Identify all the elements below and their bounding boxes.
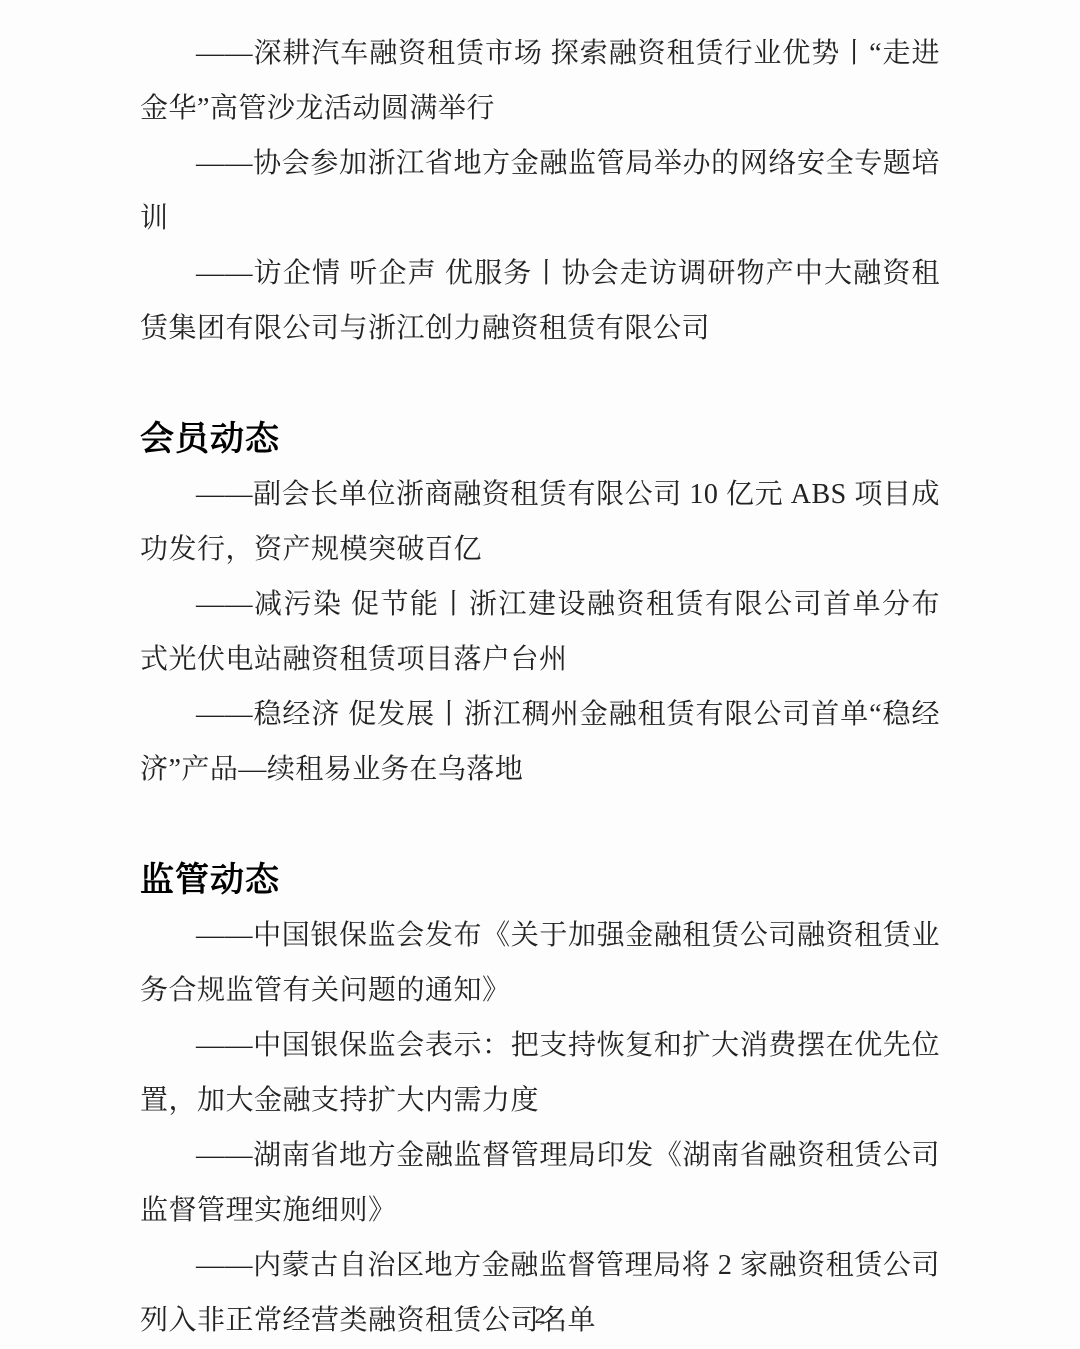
- toc-item: ——减污染 促节能丨浙江建设融资租赁有限公司首单分布式光伏电站融资租赁项目落户台…: [140, 577, 940, 687]
- toc-item: ——内蒙古自治区地方金融监督管理局将 2 家融资租赁公司列入非正常经营类融资租赁…: [140, 1238, 940, 1348]
- toc-item: ——中国银保监会表示：把支持恢复和扩大消费摆在优先位置，加大金融支持扩大内需力度: [140, 1018, 940, 1128]
- section-heading-member-news: 会员动态: [140, 412, 940, 467]
- toc-item: ——中国银保监会发布《关于加强金融租赁公司融资租赁业务合规监管有关问题的通知》: [140, 908, 940, 1018]
- section-member-news: 会员动态 ——副会长单位浙商融资租赁有限公司 10 亿元 ABS 项目成功发行，…: [140, 412, 940, 797]
- toc-item: ——湖南省地方金融监督管理局印发《湖南省融资租赁公司监督管理实施细则》: [140, 1128, 940, 1238]
- toc-item: ——稳经济 促发展丨浙江稠州金融租赁有限公司首单“稳经济”产品—续租易业务在乌落…: [140, 687, 940, 797]
- section-association-news: ——深耕汽车融资租赁市场 探索融资租赁行业优势丨“走进金华”高管沙龙活动圆满举行…: [140, 26, 940, 356]
- section-regulatory-news: 监管动态 ——中国银保监会发布《关于加强金融租赁公司融资租赁业务合规监管有关问题…: [140, 853, 940, 1348]
- toc-item: ——访企情 听企声 优服务丨协会走访调研物产中大融资租赁集团有限公司与浙江创力融…: [140, 246, 940, 356]
- document-content: ——深耕汽车融资租赁市场 探索融资租赁行业优势丨“走进金华”高管沙龙活动圆满举行…: [140, 26, 940, 1348]
- toc-item: ——副会长单位浙商融资租赁有限公司 10 亿元 ABS 项目成功发行，资产规模突…: [140, 467, 940, 577]
- toc-item: ——协会参加浙江省地方金融监管局举办的网络安全专题培训: [140, 136, 940, 246]
- toc-item: ——深耕汽车融资租赁市场 探索融资租赁行业优势丨“走进金华”高管沙龙活动圆满举行: [140, 26, 940, 136]
- document-page: ——深耕汽车融资租赁市场 探索融资租赁行业优势丨“走进金华”高管沙龙活动圆满举行…: [0, 0, 1080, 1349]
- page-number: - 2 -: [0, 1303, 1080, 1329]
- section-heading-regulatory-news: 监管动态: [140, 853, 940, 908]
